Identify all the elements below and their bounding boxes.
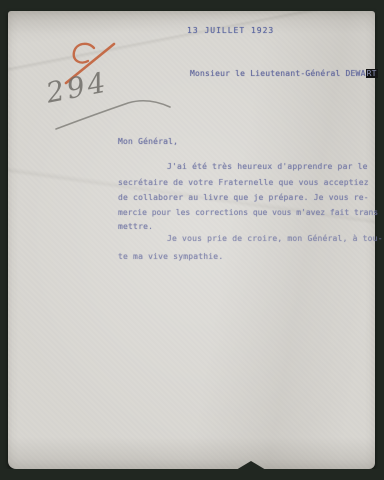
redaction-box: RT bbox=[366, 69, 378, 78]
body-line: Je vous prie de croire, mon Général, à t… bbox=[167, 234, 383, 243]
recipient-line: Monsieur le Lieutenant-Général DEWART bbox=[190, 69, 378, 78]
recipient-prefix: Monsieur le Lieutenant-Général bbox=[190, 69, 346, 78]
salutation: Mon Général, bbox=[118, 137, 178, 146]
body-line: mercie pour les corrections que vous m'a… bbox=[118, 208, 378, 217]
letter-paper: 13 JUILLET 1923 Monsieur le Lieutenant-G… bbox=[8, 11, 375, 469]
body-line: te ma vive sympathie. bbox=[118, 252, 223, 261]
body-line: de collaborer au livre que je prépare. J… bbox=[118, 193, 369, 202]
date-stamp: 13 JUILLET 1923 bbox=[187, 26, 274, 35]
pencil-underline-stroke bbox=[48, 89, 178, 133]
body-line: secrétaire de votre Fraternelle que vous… bbox=[118, 178, 369, 187]
recipient-name: DEWA bbox=[346, 69, 366, 78]
scan-background-strip bbox=[0, 469, 384, 480]
body-line: J'ai été très heureux d'apprendre par le bbox=[167, 162, 368, 171]
body-line: mettre. bbox=[118, 222, 153, 231]
scanned-letter-view: 13 JUILLET 1923 Monsieur le Lieutenant-G… bbox=[0, 0, 384, 480]
